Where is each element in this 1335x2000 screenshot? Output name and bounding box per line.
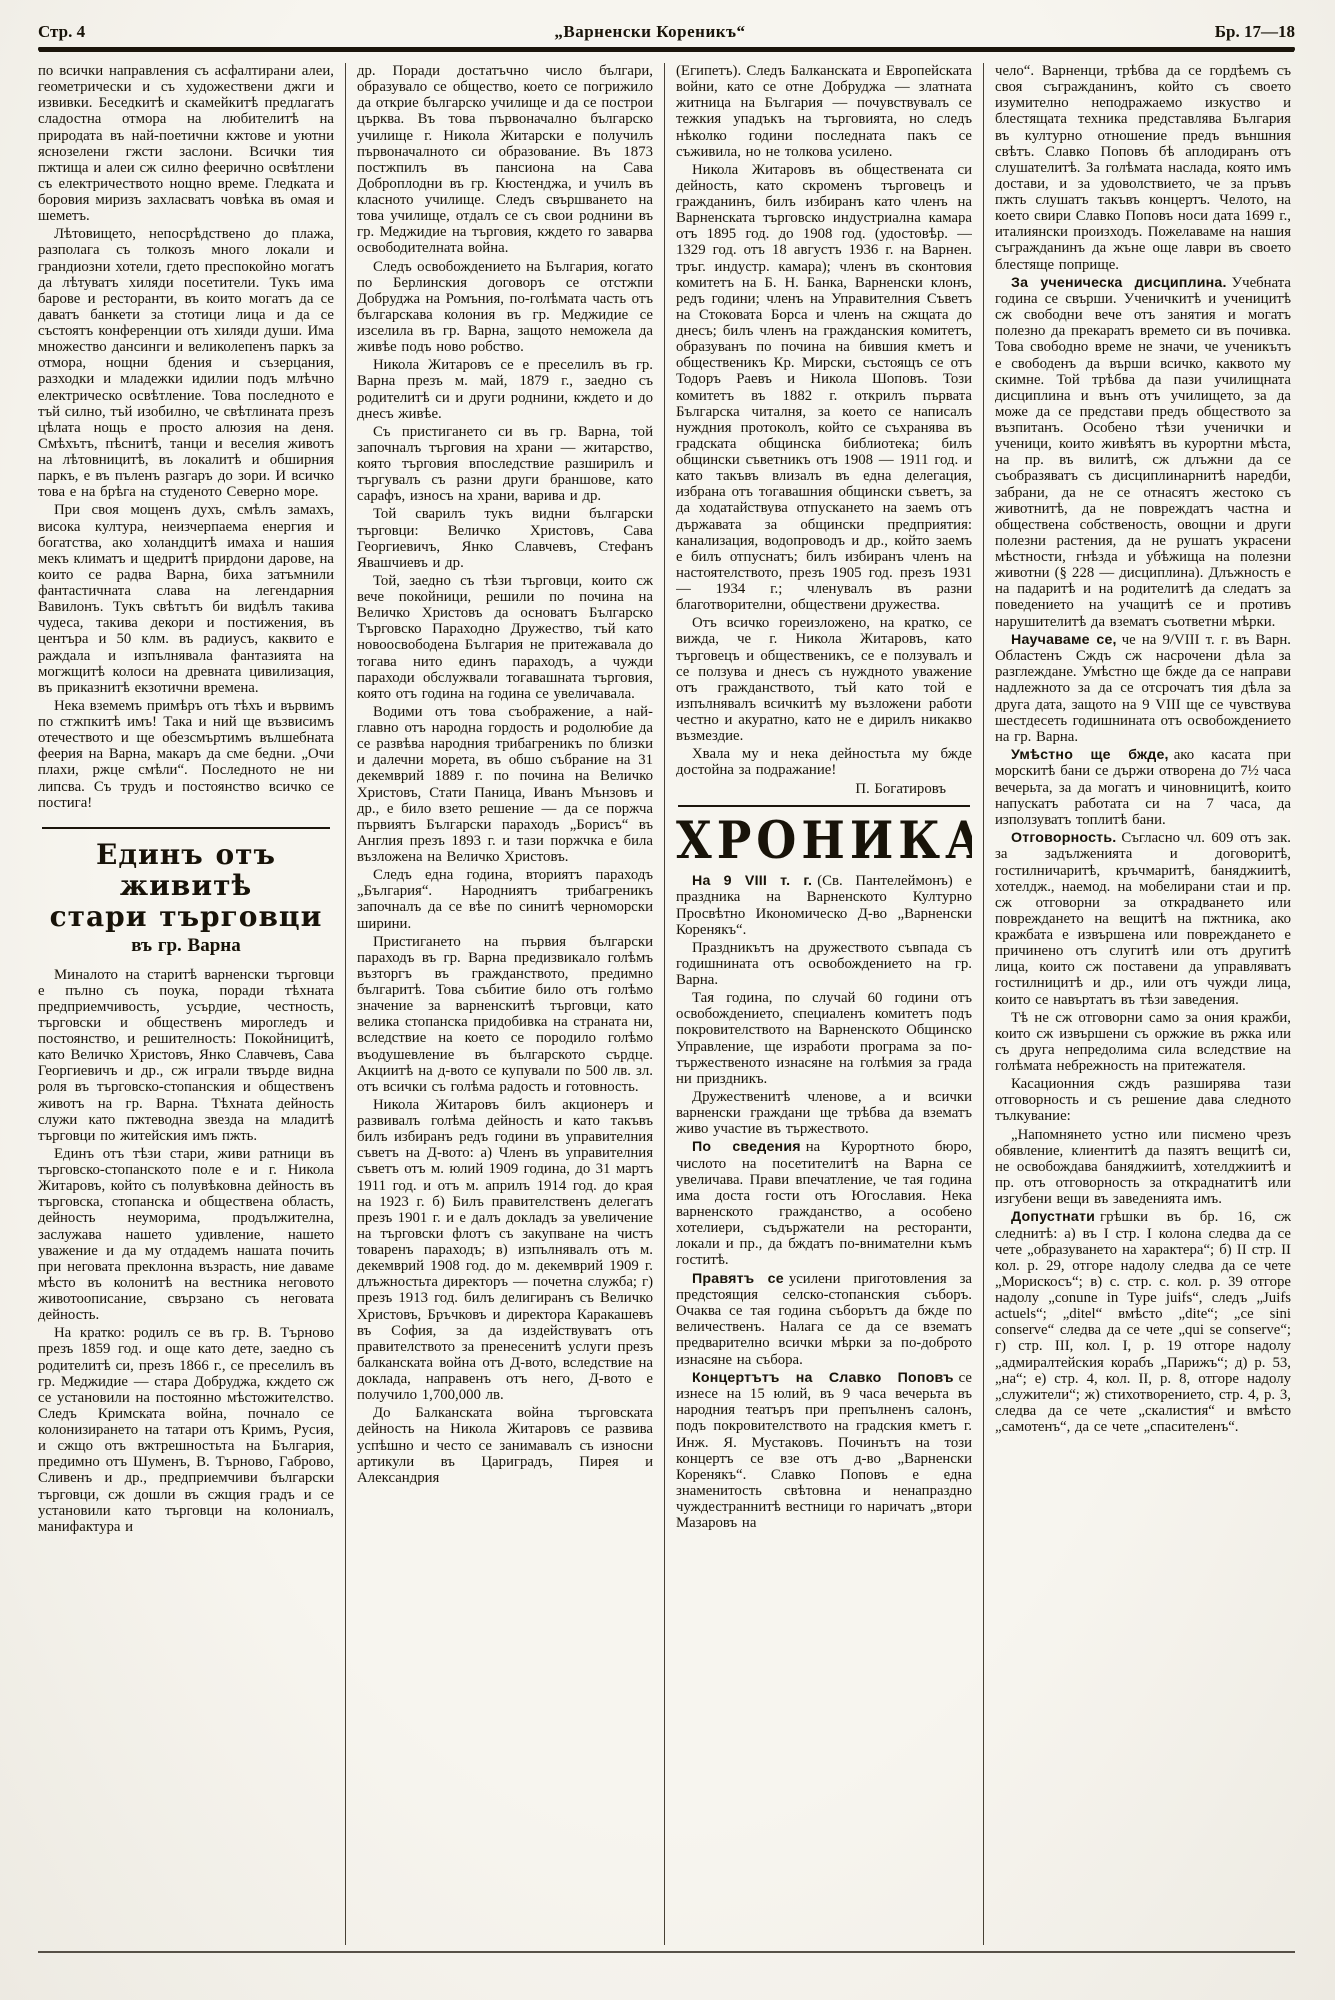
- paragraph: Хвала му и нека дейностьта му бжде досто…: [676, 746, 972, 778]
- paragraph: Той, заедно съ тѣзи търговци, които сж в…: [357, 573, 653, 702]
- news-item: Дружественитѣ членове, а и всички варнен…: [676, 1089, 972, 1137]
- news-item-lead: Отговорность.: [1011, 830, 1116, 846]
- signature: П. Богатировъ: [676, 781, 972, 797]
- page-header: Стр. 4 „Варненски Кореникъ“ Бр. 17—18: [38, 22, 1295, 42]
- article-title-line2: стари търговци: [38, 901, 334, 932]
- column-3: (Египетъ). Следъ Балканската и Европейск…: [676, 63, 972, 1945]
- issue-number: Бр. 17—18: [1215, 22, 1295, 42]
- news-item-lead: За ученическа дисциплина.: [1011, 275, 1227, 291]
- paragraph: Пристигането на първия български параход…: [357, 934, 653, 1095]
- news-item: Праздникътъ на дружеството съвпада съ го…: [676, 940, 972, 988]
- paragraph: Съ пристигането си въ гр. Варна, той зап…: [357, 424, 653, 505]
- paragraph: При своя мощенъ духъ, смѣлъ замахъ, висо…: [38, 502, 334, 696]
- news-item: Умѣстно ще бжде,ако касата при морскитѣ …: [995, 747, 1291, 828]
- paragraph: Лѣтовището, непосрѣдствено до плажа, раз…: [38, 226, 334, 500]
- paragraph: Той сварилъ тукъ видни български търговц…: [357, 506, 653, 571]
- news-item: На 9 VIII т. г.(Св. Пантелеймонъ) е праз…: [676, 873, 972, 938]
- news-item: Научаваме се,че на 9/VIII т. г. въ Варн.…: [995, 632, 1291, 745]
- newspaper-title: „Варненски Кореникъ“: [554, 22, 745, 42]
- news-item: Правятъ сеусилени приготовления за предс…: [676, 1271, 972, 1368]
- news-item: Касационния сждъ разширява тази отговорн…: [995, 1076, 1291, 1124]
- chronicle-heading: ХРОНИКА: [676, 813, 972, 867]
- paragraph: Никола Житаровъ се е преселилъ въ гр. Ва…: [357, 357, 653, 422]
- news-item-text: Съгласно чл. 609 отъ зак. за задълженият…: [995, 830, 1291, 1008]
- paragraph: Следъ освобождението на България, когато…: [357, 259, 653, 356]
- news-item: Допустнатигрѣшки въ бр. 16, сж следнитѣ:…: [995, 1209, 1291, 1435]
- news-item: Тѣ не сж отговорни само за ония кражби, …: [995, 1010, 1291, 1075]
- news-item: чело“. Варненци, трѣбва да се гордѣемъ с…: [995, 63, 1291, 273]
- newspaper-page: Стр. 4 „Варненски Кореникъ“ Бр. 17—18 по…: [0, 0, 1335, 2000]
- news-item-lead: Умѣстно ще бжде,: [1011, 747, 1169, 763]
- news-item-text: грѣшки въ бр. 16, сж следнитѣ: а) въ I с…: [995, 1209, 1291, 1435]
- article-title-line1: Единъ отъ живитѣ: [38, 839, 334, 902]
- news-item: Концертътъ на Славко Поповъсе изнесе на …: [676, 1370, 972, 1532]
- paragraph: Единъ отъ тѣзи стари, живи ратници въ тъ…: [38, 1146, 334, 1323]
- news-item-text: на Курортното бюро, числото на посетител…: [676, 1139, 972, 1268]
- paragraph: по всички направления съ асфалтирани але…: [38, 63, 334, 224]
- column-4: чело“. Варненци, трѣбва да се гордѣемъ с…: [995, 63, 1291, 1945]
- paragraph: (Египетъ). Следъ Балканската и Европейск…: [676, 63, 972, 160]
- news-item-lead: Концертътъ на Славко Поповъ: [692, 1370, 954, 1386]
- news-item-text: се изнесе на 15 юлий, въ 9 часа вечерьта…: [676, 1370, 972, 1531]
- paragraph: Миналото на старитѣ варненски търговци е…: [38, 967, 334, 1144]
- page-number: Стр. 4: [38, 22, 85, 42]
- news-item-lead: Научаваме се,: [1011, 632, 1117, 648]
- article-title: Единъ отъ живитѣ стари търговци: [38, 839, 334, 933]
- page-bottom-rule: [38, 1951, 1295, 1953]
- news-item-text: че на 9/VIII т. г. въ Варн. Областенъ Сж…: [995, 632, 1291, 745]
- news-item: По сведенияна Курортното бюро, числото н…: [676, 1139, 972, 1268]
- news-item-lead: На 9 VIII т. г.: [692, 873, 812, 889]
- paragraph: Нека вземемъ примѣръ отъ тѣхъ и вървимъ …: [38, 698, 334, 811]
- paragraph: На кратко: родилъ се въ гр. В. Търново п…: [38, 1325, 334, 1535]
- section-divider: [678, 805, 970, 807]
- column-2: др. Поради достатъчно число българи, обр…: [357, 63, 653, 1945]
- news-item: Тая година, по случай 60 години отъ осво…: [676, 990, 972, 1087]
- column-rule: [983, 63, 984, 1945]
- column-1: по всички направления съ асфалтирани але…: [38, 63, 334, 1945]
- paragraph: Следъ една година, вториятъ параходъ „Бъ…: [357, 867, 653, 932]
- paragraph: Водими отъ това съображение, а най-главн…: [357, 704, 653, 865]
- news-item-lead: Правятъ се: [692, 1271, 784, 1287]
- paragraph: До Балканската война търговската дейност…: [357, 1405, 653, 1486]
- paragraph: др. Поради достатъчно число българи, обр…: [357, 63, 653, 257]
- news-item: Отговорность.Съгласно чл. 609 отъ зак. з…: [995, 830, 1291, 1008]
- column-rule: [345, 63, 346, 1945]
- news-item-lead: Допустнати: [1011, 1209, 1095, 1225]
- paragraph: Никола Житаровъ въ обществената си дейно…: [676, 162, 972, 614]
- news-item: За ученическа дисциплина.Учебната година…: [995, 275, 1291, 630]
- header-rule: [38, 47, 1295, 51]
- article-subtitle: въ гр. Варна: [38, 936, 334, 957]
- section-divider: [42, 827, 330, 829]
- paragraph: Никола Житаровъ билъ акционеръ и развива…: [357, 1097, 653, 1403]
- news-item-lead: По сведения: [692, 1139, 801, 1155]
- news-item-text: Учебната година се свърши. Ученичкитѣ и …: [995, 275, 1291, 630]
- column-rule: [664, 63, 665, 1945]
- paragraph: Отъ всичко гореизложено, на кратко, се в…: [676, 615, 972, 744]
- columns-container: по всички направления съ асфалтирани але…: [38, 63, 1295, 1945]
- news-item: „Напомнянето устно или писмено чрезъ обя…: [995, 1127, 1291, 1208]
